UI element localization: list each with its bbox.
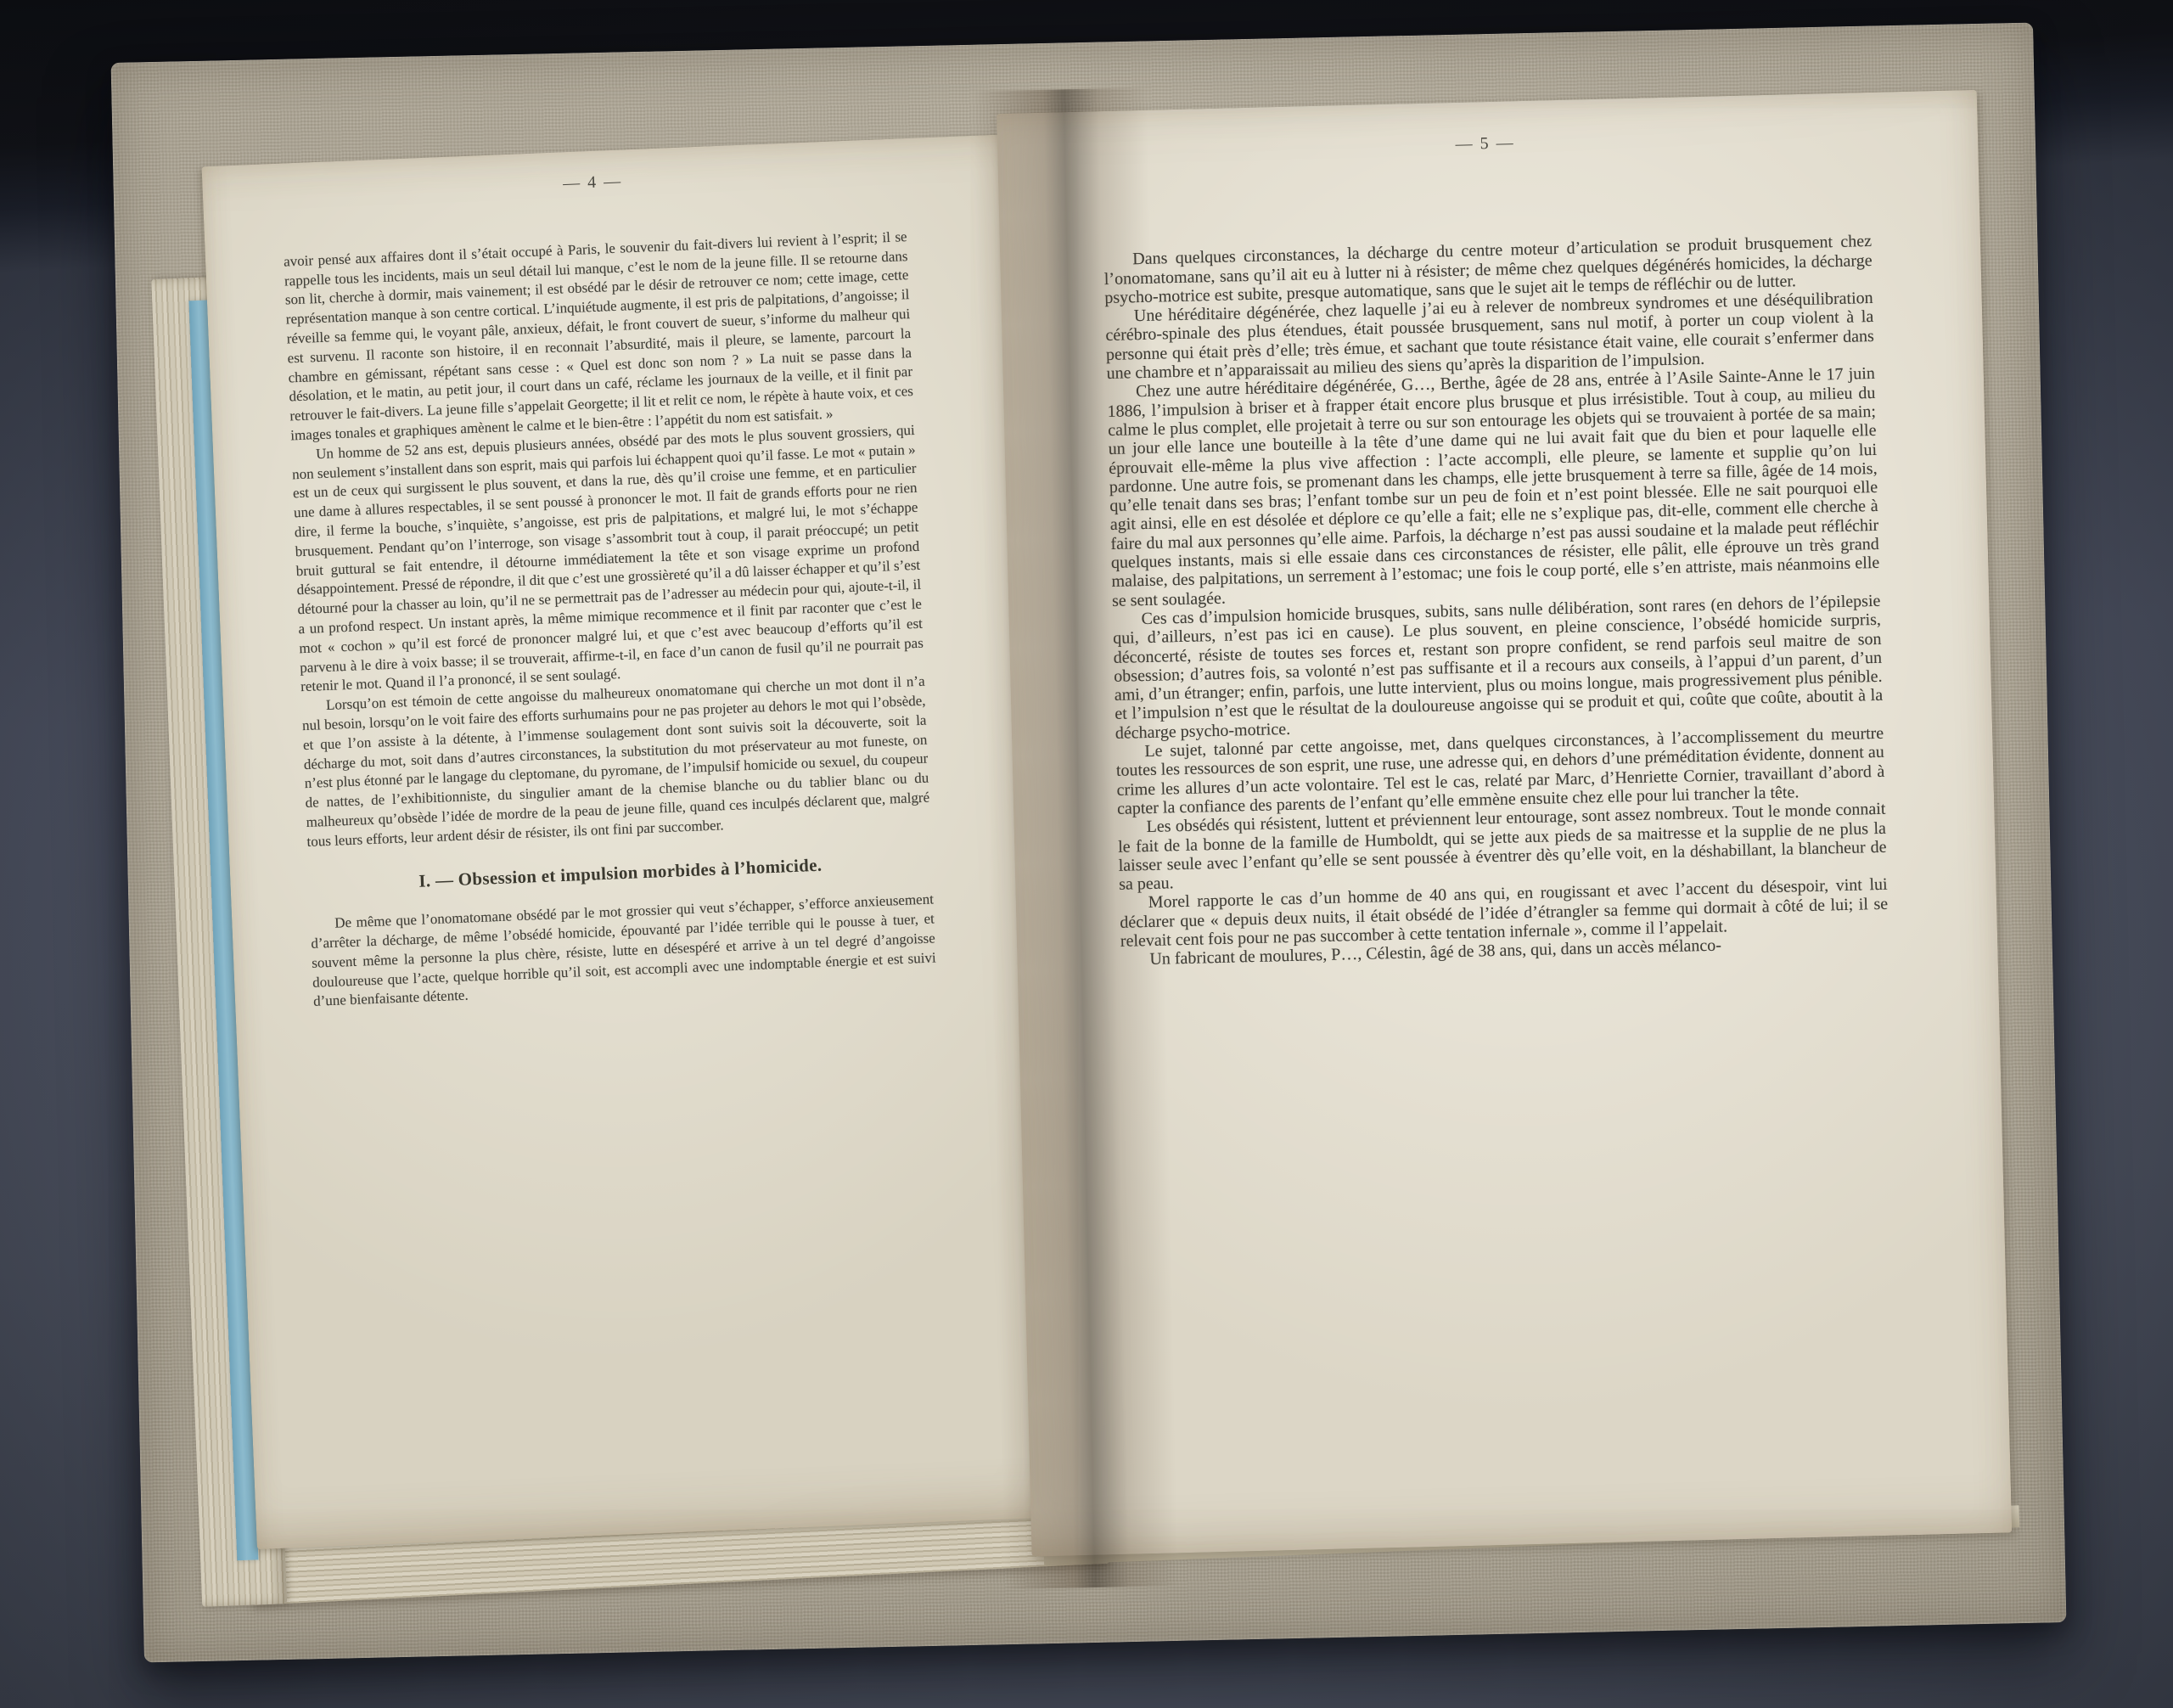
left-page: — 4 — avoir pensé aux affaires dont il s… xyxy=(202,133,1098,1549)
right-paragraph-4: Ces cas d’impulsion homicide brusques, s… xyxy=(1112,592,1884,743)
left-page-number: — 4 — xyxy=(281,160,905,205)
section-heading: I. — Obsession et impulsion morbides à l… xyxy=(308,851,932,895)
right-paragraph-3: Chez une autre héréditaire dégénérée, G…… xyxy=(1107,364,1880,610)
right-page-text-column: — 5 — Dans quelques circonstances, la dé… xyxy=(1101,125,1889,969)
left-paragraph-3: Lorsqu’on est témoin de cette angoisse d… xyxy=(301,672,931,852)
right-page-number: — 5 — xyxy=(1101,125,1869,162)
book: — 4 — avoir pensé aux affaires dont il s… xyxy=(111,22,2067,1662)
left-paragraph-1: avoir pensé aux affaires dont il s’était… xyxy=(284,228,915,446)
right-page: — 5 — Dans quelques circonstances, la dé… xyxy=(997,90,2012,1557)
left-paragraph-2: Un homme de 52 ans est, depuis plusieurs… xyxy=(291,421,924,698)
left-paragraph-4: De même que l’onomatomane obsédé par le … xyxy=(310,891,937,1012)
left-page-text-column: — 4 — avoir pensé aux affaires dont il s… xyxy=(281,160,938,1012)
